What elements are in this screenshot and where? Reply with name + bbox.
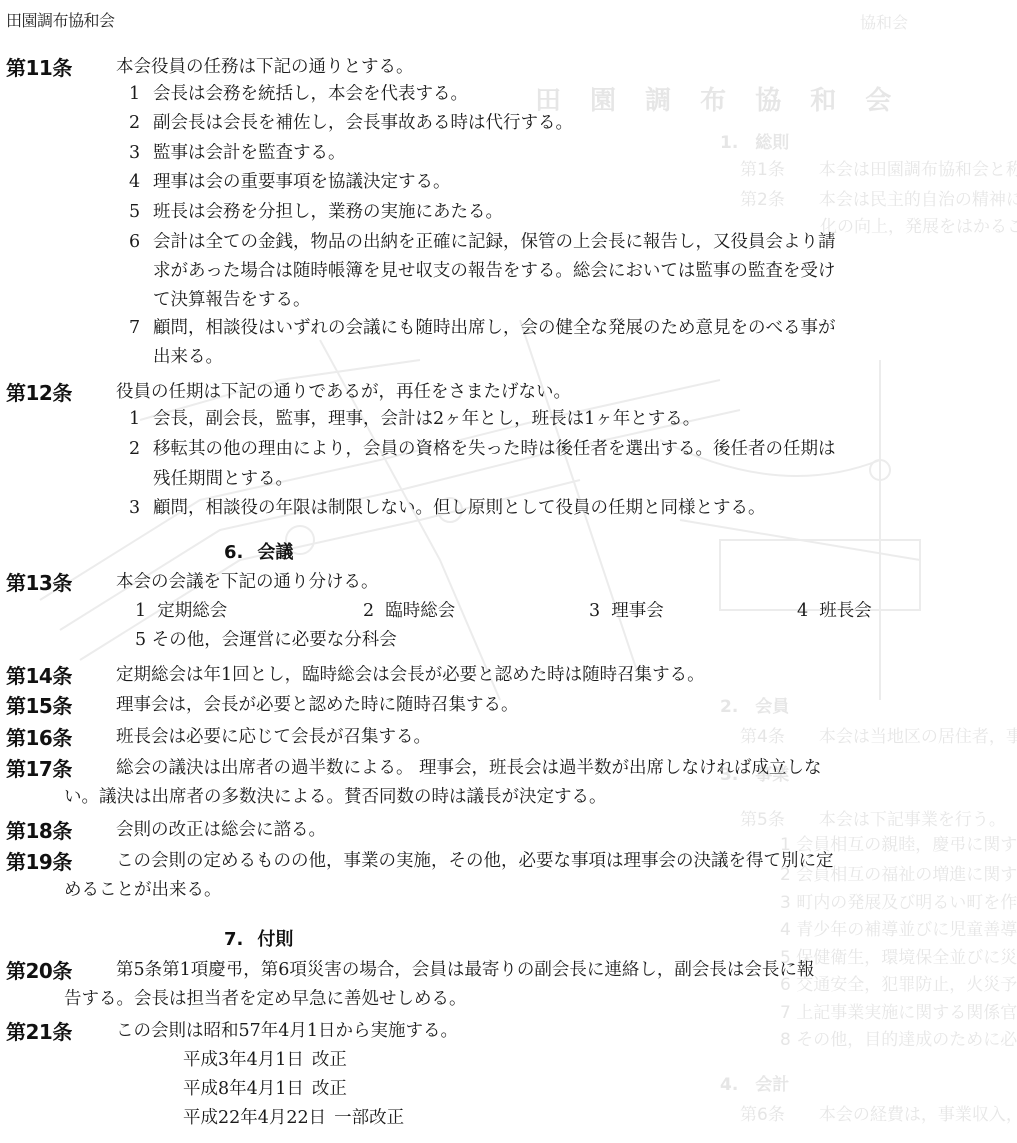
section-title: 付則 [257,929,293,950]
revision-entry: 平成3年4月1日改正 [183,1046,347,1071]
section-heading-6: 6.会議 [224,538,293,564]
article-text: 第5条第1項慶弔，第6項災害の場合，会員は最寄りの副会長に連絡し，副会長は会長に… [116,956,814,985]
article-label: 第20条 [6,955,72,984]
article-text: 会則の改正は総会に諮る。 [116,816,326,845]
item-text: 班長は会務を分担し，業務の実施にあたる。 [153,202,503,222]
list-item: 1会長，副会長，監事，理事，会計は2ヶ年とし，班長は1ヶ年とする。 [129,405,700,434]
item-text: 会計は全ての金銭，物品の出納を正確に記録，保管の上会長に報告し，又役員会より請 [153,232,836,252]
article-text: 役員の任期は下記の通りであるが，再任をさまたげない。 [116,378,571,407]
list-item: 7顧問，相談役はいずれの会議にも随時出席し，会の健全な発展のため意見をのべる事が [129,314,836,343]
revision-note: 改正 [312,1050,347,1070]
revision-note: 改正 [312,1079,347,1099]
list-item: 6会計は全ての金銭，物品の出納を正確に記録，保管の上会長に報告し，又役員会より請 [129,228,836,257]
article-label: 第15条 [6,690,72,719]
list-item: 3顧問，相談役の年限は制限しない。但し原則として役員の任期と同様とする。 [129,494,766,523]
item-text: 理事は会の重要事項を協議決定する。 [153,172,451,192]
item-number: 6 [129,228,153,257]
article-label: 第13条 [6,567,72,596]
list-item: 5 その他，会運営に必要な分科会 [135,626,397,651]
item-number: 7 [129,314,153,343]
list-item: 3 理事会 [589,597,664,622]
item-number: 5 [129,198,153,227]
article-text: 班長会は必要に応じて会長が召集する。 [116,723,431,752]
list-item: 4理事は会の重要事項を協議決定する。 [129,168,451,197]
item-continuation: 残任期間とする。 [153,465,293,490]
item-text: 移転其の他の理由により，会員の資格を失った時は後任者を選出する。後任者の任期は [153,439,836,459]
article-text: 定期総会は年1回とし，臨時総会は会長が必要と認めた時は随時召集する。 [116,661,705,690]
article-continuation: 告する。会長は担当者を定め早急に善処せしめる。 [64,985,467,1010]
organization-header: 田園調布協和会 [6,8,115,31]
item-number: 1 [129,80,153,109]
article-continuation: い。議決は出席者の多数決による。賛否同数の時は議長が決定する。 [64,783,607,808]
revision-entry: 平成22年4月22日一部改正 [183,1104,404,1129]
section-heading-7: 7.付則 [224,925,293,951]
item-text: 班長会 [819,601,872,621]
item-text: 副会長は会長を補佐し，会長事故ある時は代行する。 [153,113,573,133]
list-item: 1会長は会務を統括し，本会を代表する。 [129,80,468,109]
revision-date: 平成8年4月1日 [183,1075,304,1100]
item-text: 監事は会計を監査する。 [153,143,346,163]
article-continuation: めることが出来る。 [64,876,222,901]
item-number: 2 [129,435,153,464]
list-item: 3監事は会計を監査する。 [129,139,346,168]
item-number: 4 [797,601,808,621]
section-number: 7. [224,929,243,950]
article-text: この会則の定めるものの他，事業の実施，その他，必要な事項は理事会の決議を得て別に… [116,847,834,876]
article-text: 理事会は，会長が必要と認めた時に随時召集する。 [116,691,519,720]
revision-note: 一部改正 [334,1108,404,1128]
item-text: 定期総会 [157,601,227,621]
item-continuation: 求があった場合は随時帳簿を見せ収支の報告をする。総会においては監事の監査を受け [153,257,835,282]
article-label: 第11条 [6,52,72,81]
list-item: 2 臨時総会 [363,597,455,622]
article-label: 第12条 [6,377,72,406]
article-label: 第21条 [6,1016,72,1045]
article-label: 第16条 [6,722,72,751]
article-text: 総会の議決は出席者の過半数による。 理事会，班長会は過半数が出席しなければ成立し… [116,754,822,783]
article-text: この会則は昭和57年4月1日から実施する。 [116,1017,458,1046]
list-item: 5班長は会務を分担し，業務の実施にあたる。 [129,198,503,227]
item-number: 3 [589,601,600,621]
revision-entry: 平成8年4月1日改正 [183,1075,347,1100]
item-text: 理事会 [611,601,664,621]
section-title: 会議 [257,542,293,563]
revision-date: 平成3年4月1日 [183,1046,304,1071]
article-label: 第14条 [6,660,72,689]
item-text: 顧問，相談役はいずれの会議にも随時出席し，会の健全な発展のため意見をのべる事が [153,318,836,338]
item-continuation: て決算報告をする。 [153,286,311,311]
item-text: 顧問，相談役の年限は制限しない。但し原則として役員の任期と同様とする。 [153,498,766,518]
item-number: 1 [129,405,153,434]
item-number: 3 [129,494,153,523]
list-item: 1 定期総会 [135,597,227,622]
article-label: 第18条 [6,815,72,844]
item-number: 4 [129,168,153,197]
item-text: その他，会運営に必要な分科会 [152,630,397,650]
revision-date: 平成22年4月22日 [183,1104,326,1129]
item-number: 3 [129,139,153,168]
item-continuation: 出来る。 [153,343,223,368]
item-text: 臨時総会 [385,601,455,621]
article-text: 本会役員の任務は下記の通りとする。 [116,53,414,82]
document-page: 田園調布協和会 第11条 本会役員の任務は下記の通りとする。 1会長は会務を統括… [0,0,1017,1143]
article-label: 第17条 [6,753,72,782]
article-text: 本会の会議を下記の通り分ける。 [116,568,379,597]
article-label: 第19条 [6,846,72,875]
item-number: 2 [363,601,374,621]
item-number: 5 [135,630,146,650]
item-number: 2 [129,109,153,138]
section-number: 6. [224,542,243,563]
item-text: 会長は会務を統括し，本会を代表する。 [153,84,468,104]
list-item: 2移転其の他の理由により，会員の資格を失った時は後任者を選出する。後任者の任期は [129,435,836,464]
list-item: 2副会長は会長を補佐し，会長事故ある時は代行する。 [129,109,573,138]
list-item: 4 班長会 [797,597,872,622]
item-number: 1 [135,601,146,621]
item-text: 会長，副会長，監事，理事，会計は2ヶ年とし，班長は1ヶ年とする。 [153,409,700,429]
